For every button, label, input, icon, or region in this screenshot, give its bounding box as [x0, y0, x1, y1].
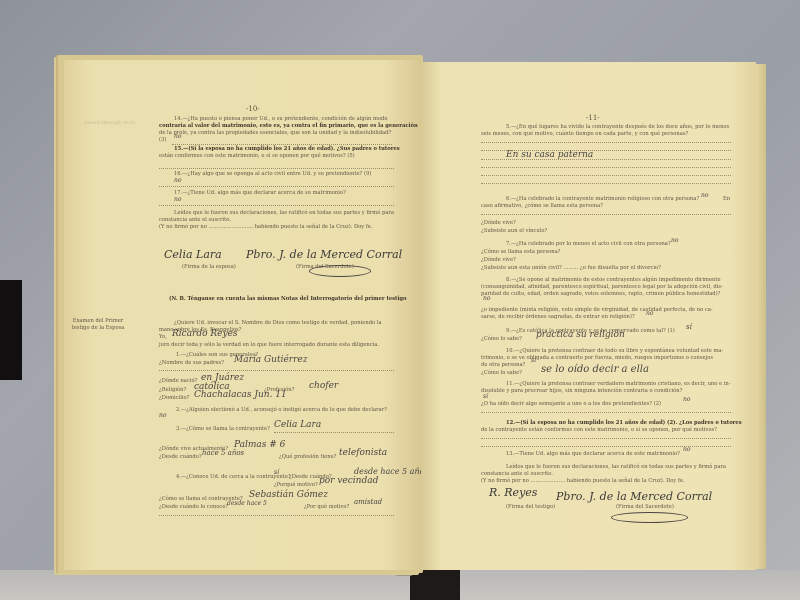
q9-how-answer: practica su religión [536, 330, 625, 340]
closing-line-2: constancia ante el suscrito. [159, 217, 231, 224]
q4-why-label: ¿Porqué motivo? [274, 482, 318, 489]
answer-line [481, 175, 731, 176]
answer-line [159, 205, 394, 206]
witness-signature: R. Reyes [489, 486, 537, 499]
job-label: ¿Qué profesión tiene? [279, 454, 336, 461]
domicile-label: ¿Domicilio? [159, 395, 189, 402]
q8-line-5: sarse, de recibir órdenes sagradas, de e… [481, 314, 635, 321]
q9-answer: sí [686, 323, 692, 331]
right-page: -11- 5.—¿En qué lugares ha vivido la con… [421, 62, 756, 570]
page-number: -10- [246, 105, 260, 113]
q3-text: 3.—¿Cómo se llama la contrayente? [176, 426, 270, 433]
q13-answer: no [683, 446, 690, 453]
answer-line [481, 183, 731, 184]
q11-line-2: disoluble y para procrear hijos, sin nin… [481, 388, 682, 395]
q2-text: 2.—¿Alguien electionó a Ud., aconsejó o … [176, 407, 387, 414]
q14-line-2: contraria al valor del matrimonio, esto … [159, 123, 418, 130]
domicile-answer: Chachalacas Jun. 11 [194, 390, 287, 400]
q9-how-label: ¿Cómo lo sabe? [481, 336, 522, 343]
yo-label: Yo, [159, 334, 167, 341]
q8-line-4: ¿o impediente (mixta religión, voto simp… [481, 307, 713, 314]
q10-line-3: de otra persona? [481, 362, 525, 369]
q2-answer: no [159, 412, 166, 419]
q7-text: 7.—¿Ha celebrado por lo menos el acto ci… [506, 241, 671, 248]
margin-label: Examen del Primer testigo de la Esposa [68, 318, 128, 332]
q15-line-2: están conformes con este matrimonio, o s… [159, 153, 355, 160]
answer-line [159, 168, 394, 169]
priest-caption: (Firma del Sacerdote) [616, 504, 674, 511]
q14-line-4: (3) [159, 137, 166, 144]
q10-how-label: ¿Cómo lo sabe? [481, 370, 522, 377]
since-label: ¿Desde cuándo? [159, 454, 202, 461]
witness-caption: (Firma del testigo) [506, 504, 555, 511]
parents-label: ¿Nombre de sus padres? [159, 360, 224, 367]
q4-why-answer: por vecindad [319, 476, 378, 486]
answer-line [481, 438, 731, 439]
q14-line-1: 14.—¿Ha puesto o piensa poner Ud., o su … [174, 116, 388, 123]
parents-answer: María Gutiérrez [234, 355, 307, 365]
groom-why-answer: amistad [354, 498, 382, 506]
page-stack-edge [756, 64, 766, 569]
q6-where-label: ¿Dónde vive? [481, 220, 516, 227]
q6-line-1-end: En [723, 196, 730, 203]
q6-line-2: caso afirmativo, ¿cómo se llama esta per… [481, 203, 603, 210]
oath-line-1: ¿Quiere Ud. invocar el S. Nombre de Dios… [174, 320, 382, 327]
religion-label: ¿Religión? [159, 387, 186, 394]
closing-line-1: Leídos que le fueron sus declaraciones, … [506, 464, 726, 471]
answer-line [481, 412, 731, 413]
q12-line-1: 12.—(Si la esposa no ha cumplido los 21 … [506, 420, 742, 427]
q10-line-2: trimonio, o se ve obligada a contraerlo … [481, 355, 713, 362]
oath-line-3: juro decir toda y sólo la verdad en lo q… [159, 342, 379, 349]
priest-caption: (Firma del Sacerdote) [296, 264, 354, 271]
q10-line-1: 10.—¿Quiere la pretensa contraer de todo… [506, 348, 723, 355]
q14-answer: no [174, 133, 181, 140]
bride-caption: (Firma de la esposa) [182, 264, 236, 271]
groom-since-answer: desde hace 5 [227, 500, 267, 507]
q4-since-answer: desde hace 5 años [354, 467, 429, 476]
q11-answer-2: no [683, 396, 690, 403]
job-answer: telefonista [339, 448, 387, 458]
left-page: (bleed-through text) -10- 14.—¿Ha puesto… [64, 60, 419, 570]
q15-line-1: 15.—(Si la esposa no ha cumplido los 21 … [174, 146, 400, 153]
answer-line [159, 186, 394, 187]
q13-text: 13.—Tiene Ud. algo más que declarar acer… [506, 451, 680, 458]
answer-line [481, 159, 731, 160]
q6-bond-label: ¿Subsiste aun el vínculo? [481, 228, 547, 235]
q5-line-2: seis meses, con qué motivo, cuánto tiemp… [481, 131, 688, 138]
answer-line [481, 167, 731, 168]
q5-line-1: 5.—¿En qué lugares ha vivido la contraye… [506, 124, 729, 131]
groom-why-label: ¿Por qué motivo? [304, 504, 349, 511]
q7-where-label: ¿Dónde vive? [481, 257, 516, 264]
q4-answer: sí [274, 469, 279, 476]
priest-signature: Pbro. J. de la Merced Corral [556, 490, 712, 503]
q11-answer: sí [483, 393, 488, 400]
q10-answer: sí [531, 357, 536, 364]
q16-text: 16.—¿Hay algo que se oponga al acto civi… [174, 171, 371, 178]
since-answer: hace 5 años [202, 449, 244, 457]
answer-line [481, 214, 731, 215]
page-number: -11- [586, 114, 600, 122]
q17-text: 17.—¿Tiene Ud. algo más que declarar ace… [174, 190, 346, 197]
q17-answer: no [174, 196, 181, 203]
signature-flourish [611, 512, 688, 523]
answer-line [481, 446, 731, 447]
born-label: ¿Dónde nació? [159, 378, 197, 385]
q14-line-3: de la prole, ya contra las propiedades e… [159, 130, 391, 137]
q12-line-2: de la contrayente están conformes con es… [481, 427, 717, 434]
note-text: (N. B. Ténganse en cuenta las mismas Not… [169, 296, 407, 303]
profession-answer: chofer [309, 381, 338, 391]
groom-since-label: ¿Desde cuándo lo conoce? [159, 504, 228, 511]
closing-line-1: Leídos que le fueron sus declaraciones, … [174, 210, 394, 217]
answer-line [159, 515, 394, 516]
q8-line-2: (consanguinidad, afinidad, parentesco es… [481, 284, 723, 291]
q6-answer: no [701, 192, 708, 199]
background-dark-object [0, 280, 22, 380]
q7-name-label: ¿Cómo se llama esta persona? [481, 249, 560, 256]
closing-line-3: (Y no firmó por no .....................… [481, 478, 685, 485]
bride-signature: Celia Lara [164, 248, 222, 261]
q11-line-1: 11.—¿Quiere la pretensa contraer verdade… [506, 381, 731, 388]
priest-signature: Pbro. J. de la Merced Corral [246, 248, 402, 261]
answer-line [481, 142, 731, 143]
closing-line-3: (Y no firmó por no .....................… [159, 224, 373, 231]
q8-line-1: 8.—¿Se opone al matrimonio de estos cont… [506, 277, 721, 284]
q8-answer-1: no [483, 295, 490, 302]
answer-line [159, 370, 394, 371]
closing-line-2: constancia ante el suscrito. [481, 471, 553, 478]
q8-answer-2: no [646, 310, 653, 317]
answer-line [172, 144, 392, 145]
answer-line [274, 432, 394, 433]
q16-answer: no [174, 177, 181, 184]
q8-line-3: paridad de culto, edad, orden sagrado, v… [481, 291, 720, 298]
q7-answer: no [671, 237, 678, 244]
q10-how-answer: se lo oído decir a ella [541, 364, 649, 375]
q6-line-1: 6.—¿Ha celebrado la contrayente matrimon… [506, 196, 699, 203]
q7-union-label: ¿Subsiste aun esta unión civil? ........… [481, 265, 661, 272]
q11-line-3: ¿O ha oído decir algo semejante a uno o … [481, 401, 661, 408]
q3-answer: Celia Lara [274, 420, 321, 430]
yo-answer: Ricardo Reyes [172, 329, 238, 339]
groom-answer: Sebastián Gómez [249, 490, 328, 500]
